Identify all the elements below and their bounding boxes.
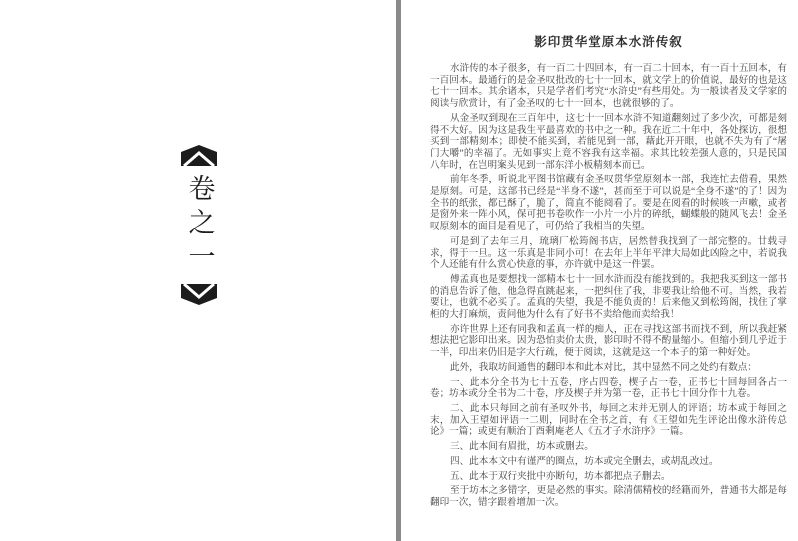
right-page: 影印贯华堂原本水浒传叙 水浒传的本子很多，有一百二十四回本，有一百二十回本，有一… (401, 0, 798, 541)
volume-title-block: 卷之一 (179, 145, 219, 305)
paragraph: 五、此本于双行夹批中亦断句，坊本都把点子删去。 (430, 471, 787, 483)
double-angle-bracket-bottom-icon (181, 284, 217, 305)
left-page: 卷之一 (0, 0, 396, 541)
paragraph: 可是到了去年三月，琉璃厂松筠阁书店，居然替我找到了一部完整的。廿载寻求，得于一旦… (430, 236, 787, 271)
paragraph: 三、此本间有眉批，坊本或删去。 (430, 441, 787, 453)
paragraph: 前年冬季，听说北平图书馆藏有金圣叹贯华堂原刻本一部，我连忙去借看，果然是原刻。可… (430, 174, 787, 233)
page-title: 影印贯华堂原本水浒传叙 (430, 32, 787, 50)
volume-title: 卷之一 (186, 174, 213, 276)
paragraph: 傅孟真也是要想找一部精本七十一回水浒而没有能找到的。我把我买到这一部书的消息告诉… (430, 274, 787, 321)
paragraph: 从金圣叹到现在三百年中，这七十一回本水浒不知道翻刻过了多少次，可都是刻得不大好。… (430, 113, 787, 172)
paragraph: 一、此本分全书为七十五卷，序占四卷，楔子占一卷，正书七十回每回各占一卷；坊本或分… (430, 377, 787, 400)
paragraph: 水浒传的本子很多，有一百二十四回本，有一百二十回本，有一百十五回本，有一百回本。… (430, 63, 787, 110)
paragraph: 至于坊本之多错字，更是必然的事实。除清儒精校的经籍而外，普通书大都是每翻印一次，… (430, 485, 787, 508)
paragraph: 二、此本只每回之前有圣叹外书，每回之末并无别人的评语；坊本或于每回之末，加入王望… (430, 403, 787, 438)
paragraph: 四、此本本文中有谨严的圈点，坊本或完全删去，或胡乱改过。 (430, 456, 787, 468)
paragraph: 此外，我取坊间通售的翻印本和此本对比，其中显然不同之处约有数点： (430, 362, 787, 374)
double-angle-bracket-top-icon (181, 145, 217, 166)
document-body: 影印贯华堂原本水浒传叙 水浒传的本子很多，有一百二十四回本，有一百二十回本，有一… (430, 32, 787, 512)
paragraph: 亦许世界上还有同我和孟真一样的痴人，正在寻找这部书而找不到，所以我赶紧想法把它影… (430, 324, 787, 359)
